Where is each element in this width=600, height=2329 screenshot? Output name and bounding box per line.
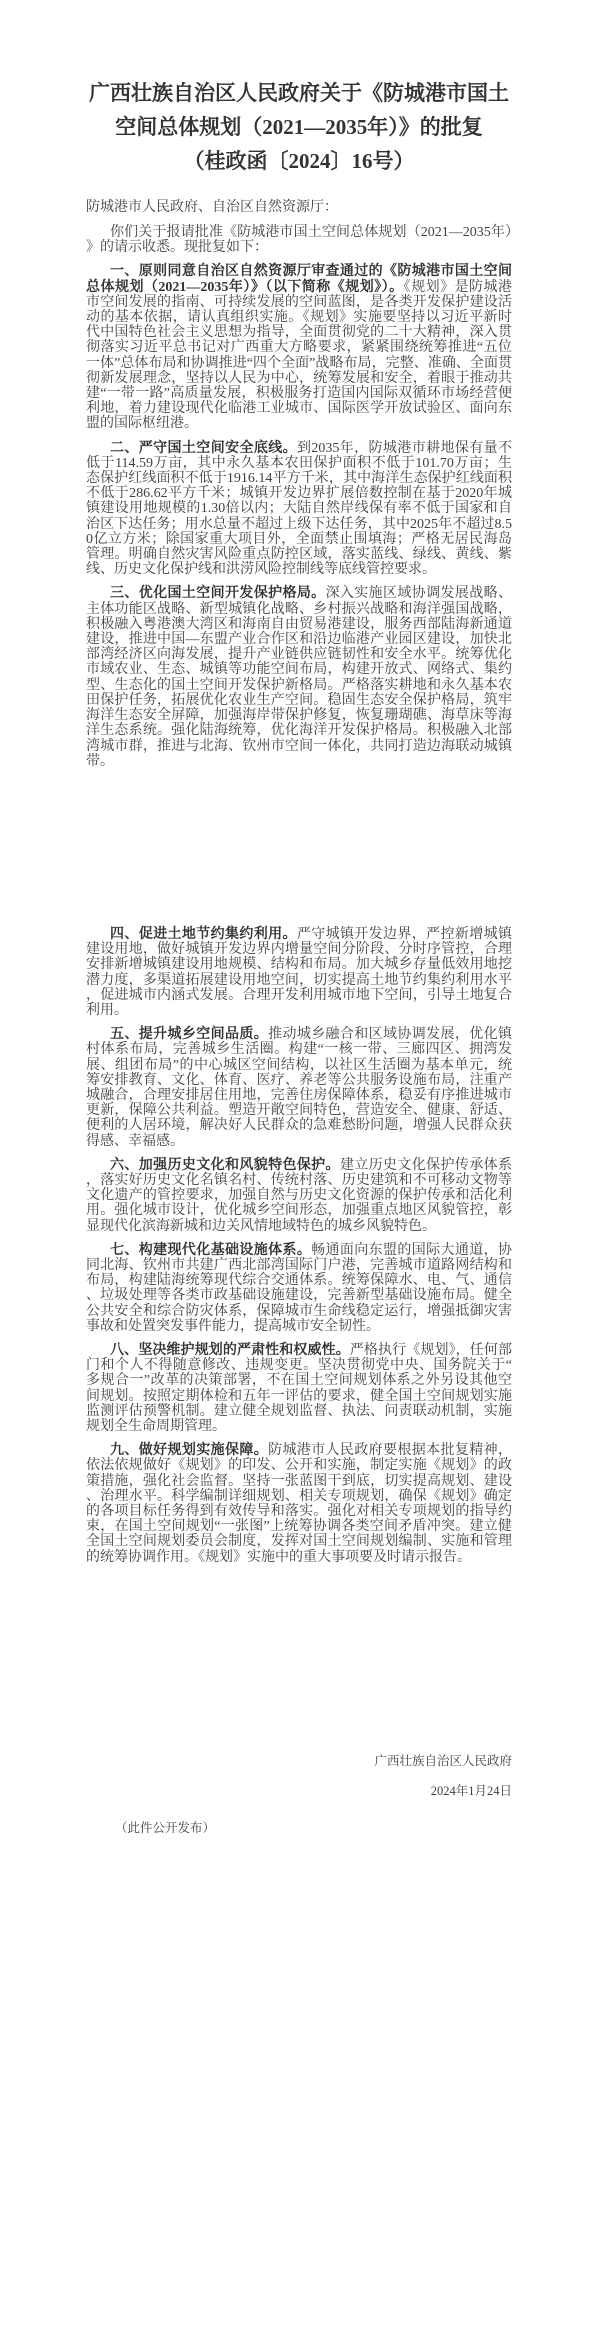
section-paragraph-4: 四、促进土地节约集约利用。严守城镇开发边界，严控新增城镇建设用地，做好城镇开发边… xyxy=(86,927,512,1018)
public-release-note: （此件公开发布） xyxy=(86,1820,512,1836)
document-title-line: 空间总体规划（2021—2035年）》的批复 xyxy=(80,110,518,144)
section-paragraph-3: 三、优化国土空间开发保护格局。深入实施区域协调发展战略、主体功能区战略、新型城镇… xyxy=(86,586,512,768)
section-body-9: 防城港市人民政府要根据本批复精神，依法依规做好《规划》的印发、公开和实施，制定实… xyxy=(86,1443,512,1564)
signature-gap xyxy=(86,1574,512,1746)
section-heading-4: 四、促进土地节约集约利用。 xyxy=(110,927,297,942)
section-paragraph-9: 九、做好规划实施保障。防城港市人民政府要根据本批复精神，依法依规做好《规划》的印… xyxy=(86,1443,512,1565)
section-heading-8: 八、坚决维护规划的严肃性和权威性。 xyxy=(110,1343,350,1358)
section-body-2: 到2035年，防城港市耕地保有量不低于114.59万亩，其中永久基本农田保护面积… xyxy=(86,441,512,578)
section-heading-3: 三、优化国土空间开发保护格局。 xyxy=(110,586,326,601)
section-heading-7: 七、构建现代化基础设施体系。 xyxy=(110,1243,311,1258)
section-heading-9: 九、做好规划实施保障。 xyxy=(110,1443,268,1458)
page-break-gap xyxy=(86,778,512,918)
section-heading-2: 二、严守国土空间安全底线。 xyxy=(110,441,297,456)
section-paragraph-2: 二、严守国土空间安全底线。到2035年，防城港市耕地保有量不低于114.59万亩… xyxy=(86,441,512,578)
document-title: 广西壮族自治区人民政府关于《防城港市国土 空间总体规划（2021—2035年）》… xyxy=(80,76,518,178)
section-paragraph-6: 六、加强历史文化和风貌特色保护。建立历史文化保护传承体系，落实好历史文化名镇名村… xyxy=(86,1158,512,1234)
section-heading-6: 六、加强历史文化和风貌特色保护。 xyxy=(110,1158,340,1173)
section-body-1: 《规划》是防城港市空间发展的指南、可持续发展的空间蓝图，是各类开发保护建设活动的… xyxy=(86,280,512,432)
signature-date: 2024年1月24日 xyxy=(86,1776,512,1806)
section-paragraph-1: 一、原则同意自治区自然资源厅审查通过的《防城港市国土空间总体规划（2021—20… xyxy=(86,264,512,431)
section-paragraph-5: 五、提升城乡空间品质。推动城乡融合和区域协调发展，优化镇村体系布局，完善城乡生活… xyxy=(86,1027,512,1149)
section-body-5: 推动城乡融合和区域协调发展，优化镇村体系布局，完善城乡生活圈。构建“一核一带、三… xyxy=(86,1027,512,1148)
intro-text: 你们关于报请批准《防城港市国土空间总体规划（2021—2035年）》的请示收悉。… xyxy=(86,225,512,255)
document-title-line: 广西壮族自治区人民政府关于《防城港市国土 xyxy=(80,76,518,110)
salutation: 防城港市人民政府、自治区自然资源厅： xyxy=(86,200,512,216)
section-body-3: 深入实施区域协调发展战略、主体功能区战略、新型城镇化战略、乡村振兴战略和海洋强国… xyxy=(86,586,512,768)
document-number-line: （桂政函〔2024〕16号） xyxy=(80,144,518,178)
section-heading-5: 五、提升城乡空间品质。 xyxy=(110,1027,268,1042)
signature-issuer: 广西壮族自治区人民政府 xyxy=(86,1746,512,1776)
section-paragraph-7: 七、构建现代化基础设施体系。畅通面向东盟的国际大通道，协同北海、钦州市共建广西北… xyxy=(86,1243,512,1334)
section-paragraph-8: 八、坚决维护规划的严肃性和权威性。严格执行《规划》，任何部门和个人不得随意修改、… xyxy=(86,1343,512,1434)
document-page: 广西壮族自治区人民政府关于《防城港市国土 空间总体规划（2021—2035年）》… xyxy=(0,0,600,2329)
signature-block: 广西壮族自治区人民政府 2024年1月24日 xyxy=(86,1746,512,1806)
intro-paragraph: 你们关于报请批准《防城港市国土空间总体规划（2021—2035年）》的请示收悉。… xyxy=(86,225,512,255)
